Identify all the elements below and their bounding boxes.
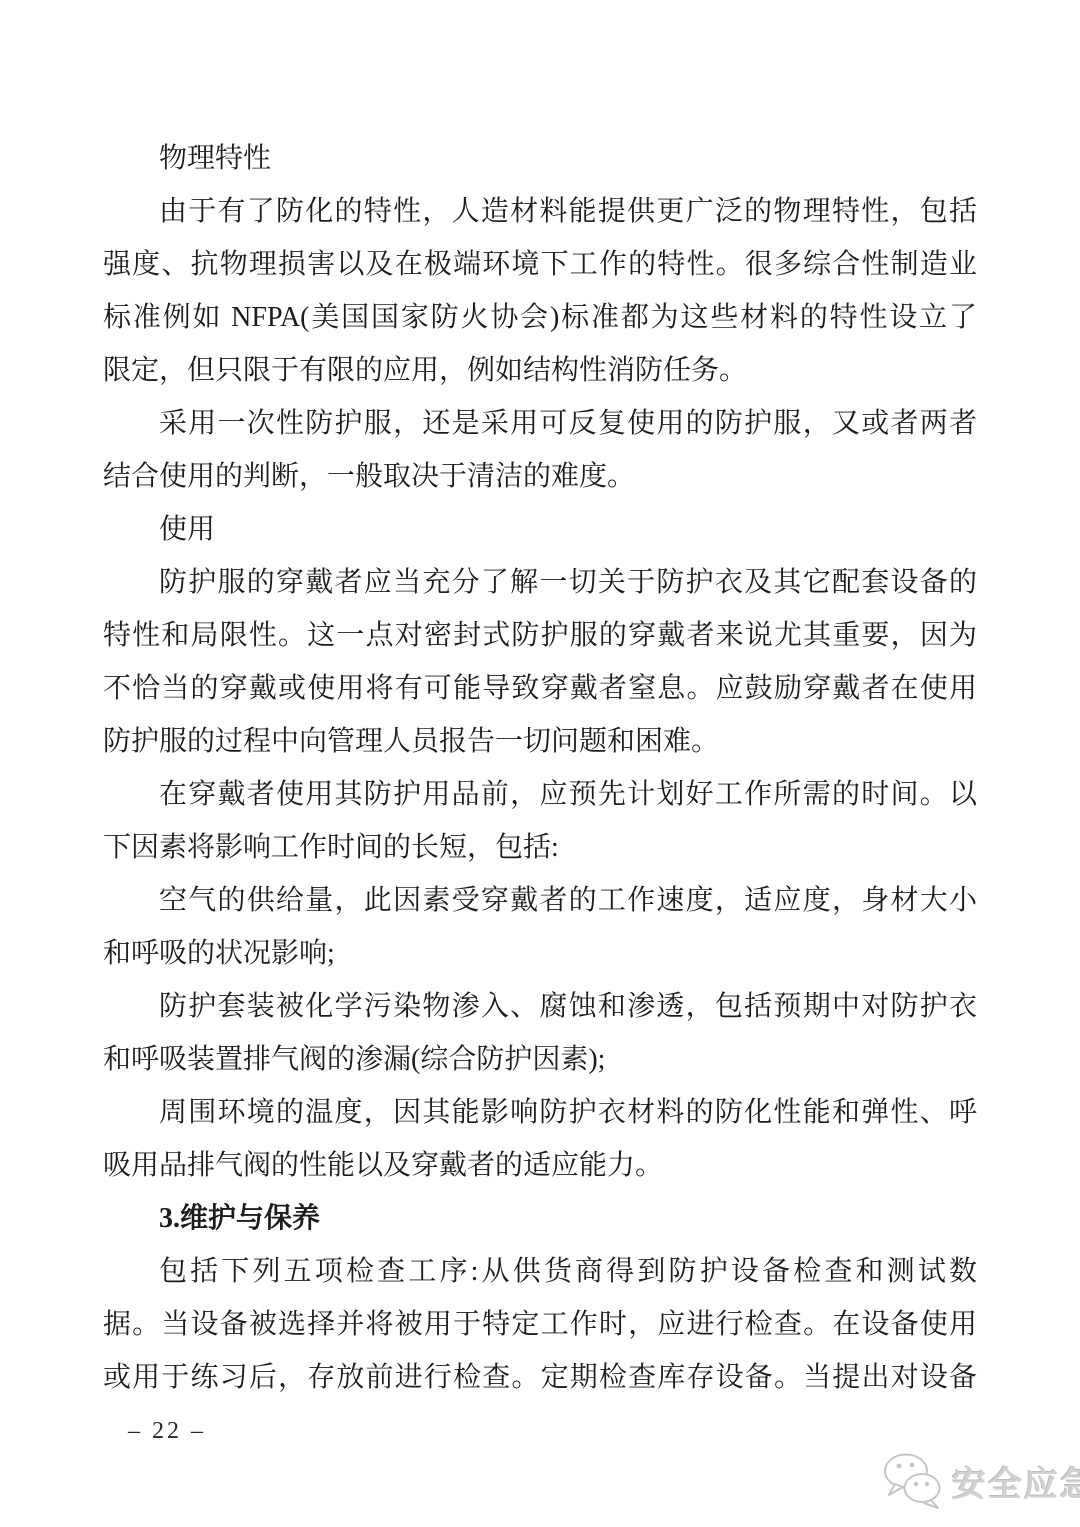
text-line: 防护服的过程中向管理人员报告一切问题和困难。 (103, 715, 977, 768)
section-heading-maintenance: 3.维护与保养 (103, 1192, 977, 1245)
text-line: 吸用品排气阀的性能以及穿戴者的适应能力。 (103, 1139, 977, 1192)
page-number: – 22 – (128, 1418, 206, 1445)
text-line: 防护套装被化学污染物渗入、腐蚀和渗透，包括预期中对防护衣 (103, 980, 977, 1033)
text-line: 不恰当的穿戴或使用将有可能导致穿戴者窒息。应鼓励穿戴者在使用 (103, 662, 977, 715)
text-line: 周围环境的温度，因其能影响防护衣材料的防化性能和弹性、呼 (103, 1086, 977, 1139)
text-line: 下因素将影响工作时间的长短，包括: (103, 821, 977, 874)
text-line: 标准例如 NFPA(美国国家防火协会)标准都为这些材料的特性设立了 (103, 291, 977, 344)
watermark-label: 安全应急 (952, 1457, 1080, 1506)
wechat-logo-icon (882, 1452, 944, 1510)
subheading-physical-properties: 物理特性 (103, 132, 977, 185)
text-line: 限定，但只限于有限的应用，例如结构性消防任务。 (103, 344, 977, 397)
text-line: 和呼吸装置排气阀的渗漏(综合防护因素); (103, 1033, 977, 1086)
text-line: 和呼吸的状况影响; (103, 927, 977, 980)
text-line: 防护服的穿戴者应当充分了解一切关于防护衣及其它配套设备的 (103, 556, 977, 609)
text-line: 采用一次性防护服，还是采用可反复使用的防护服，又或者两者 (103, 397, 977, 450)
document-page: 物理特性 由于有了防化的特性，人造材料能提供更广泛的物理特性，包括 强度、抗物理… (0, 0, 1080, 1527)
text-line: 在穿戴者使用其防护用品前，应预先计划好工作所需的时间。以 (103, 768, 977, 821)
text-line: 强度、抗物理损害以及在极端环境下工作的特性。很多综合性制造业 (103, 238, 977, 291)
text-line: 或用于练习后，存放前进行检查。定期检查库存设备。当提出对设备 (103, 1351, 977, 1404)
subheading-usage: 使用 (103, 503, 977, 556)
text-line: 空气的供给量，此因素受穿戴者的工作速度，适应度，身材大小 (103, 874, 977, 927)
text-line: 包括下列五项检查工序:从供货商得到防护设备检查和测试数 (103, 1245, 977, 1298)
watermark: 安全应急 (882, 1452, 1080, 1510)
text-line: 据。当设备被选择并将被用于特定工作时，应进行检查。在设备使用 (103, 1298, 977, 1351)
text-line: 特性和局限性。这一点对密封式防护服的穿戴者来说尤其重要，因为 (103, 609, 977, 662)
text-line: 结合使用的判断，一般取决于清洁的难度。 (103, 450, 977, 503)
text-line: 由于有了防化的特性，人造材料能提供更广泛的物理特性，包括 (103, 185, 977, 238)
document-body: 物理特性 由于有了防化的特性，人造材料能提供更广泛的物理特性，包括 强度、抗物理… (103, 132, 977, 1404)
